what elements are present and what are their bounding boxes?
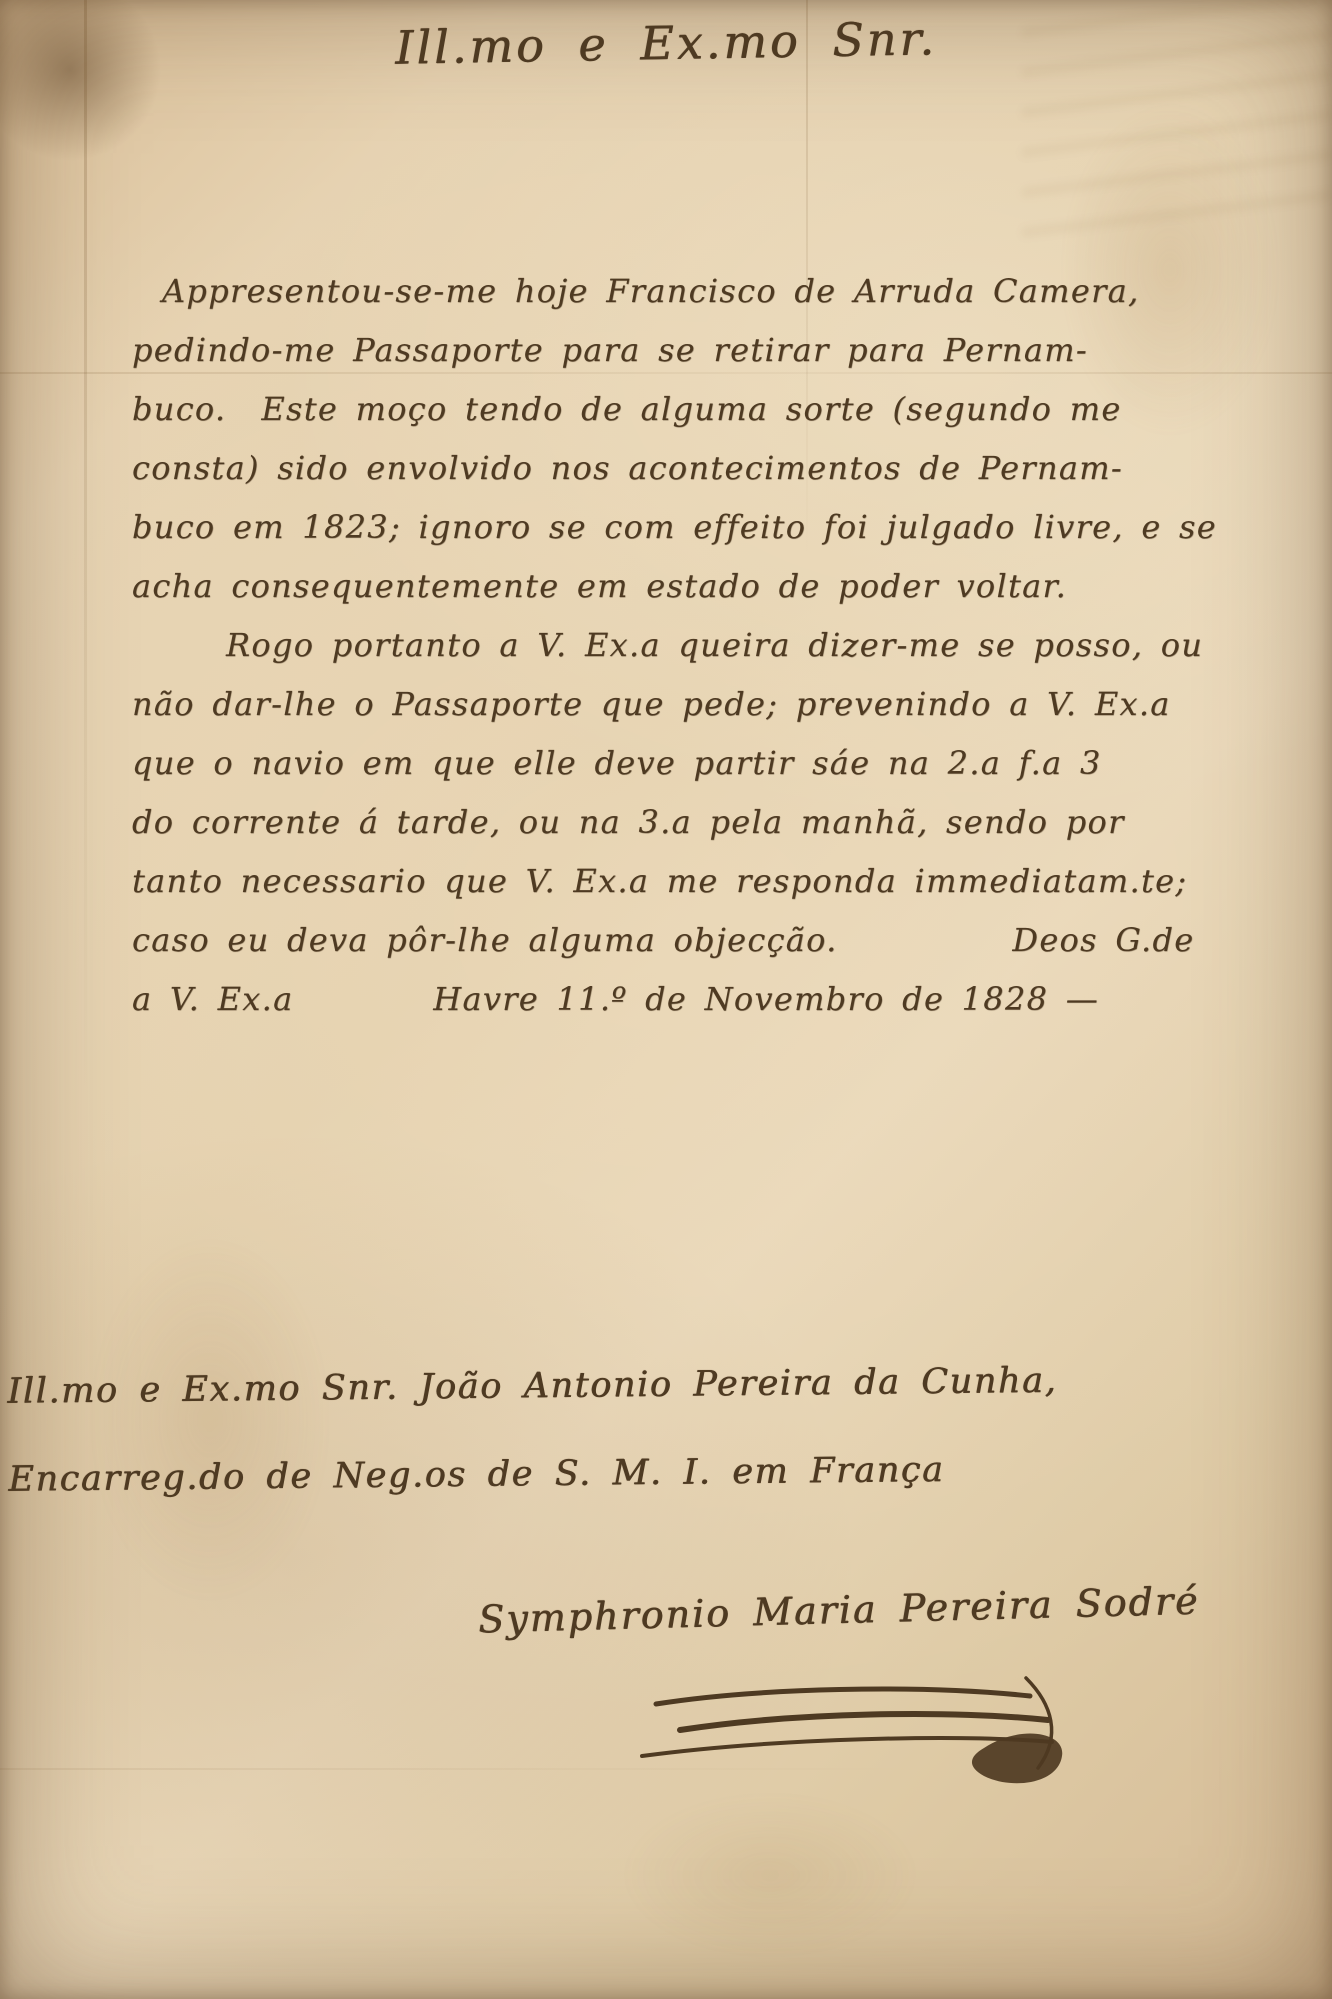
letter-line: acha consequentemente em estado de poder… [132, 567, 1237, 626]
fold-line-vertical [84, 0, 87, 1100]
letter-body: Appresentou-se-me hoje Francisco de Arru… [132, 272, 1237, 1039]
letter-salutation: Ill.mo e Ex.mo Snr. [0, 4, 1332, 81]
letter-page: Ill.mo e Ex.mo Snr. Appresentou-se-me ho… [0, 0, 1332, 1999]
letter-line: a V. Ex.a Havre 11.º de Novembro de 1828… [132, 980, 1237, 1039]
fold-line-horizontal [0, 1768, 1332, 1770]
letter-line: tanto necessario que V. Ex.a me responda… [132, 862, 1237, 921]
letter-line: buco. Este moço tendo de alguma sorte (s… [132, 390, 1237, 449]
address-block: Ill.mo e Ex.mo Snr. João Antonio Pereira… [7, 1360, 1109, 1548]
letter-line: consta) sido envolvido nos acontecimento… [132, 449, 1237, 508]
letter-line: Rogo portanto a V. Ex.a queira dizer-me … [132, 626, 1237, 685]
signature-text: Symphronio Maria Pereira Sodré [478, 1579, 1200, 1642]
address-line: Encarreg.do de Neg.os de S. M. I. em Fra… [8, 1448, 1109, 1548]
letter-line: Appresentou-se-me hoje Francisco de Arru… [132, 272, 1237, 331]
letter-line: buco em 1823; ignoro se com effeito foi … [132, 508, 1237, 567]
signature-flourish-icon [628, 1652, 1078, 1802]
letter-line: do corrente á tarde, ou na 3.a pela manh… [132, 803, 1237, 862]
letter-line: que o navio em que elle deve partir sáe … [132, 744, 1237, 803]
letter-line: caso eu deva pôr-lhe alguma objecção. De… [132, 921, 1237, 980]
letter-line: pedindo-me Passaporte para se retirar pa… [132, 331, 1237, 390]
address-line: Ill.mo e Ex.mo Snr. João Antonio Pereira… [7, 1360, 1108, 1460]
letter-line: não dar-lhe o Passaporte que pede; preve… [132, 685, 1237, 744]
paper-stain [560, 1760, 980, 1990]
